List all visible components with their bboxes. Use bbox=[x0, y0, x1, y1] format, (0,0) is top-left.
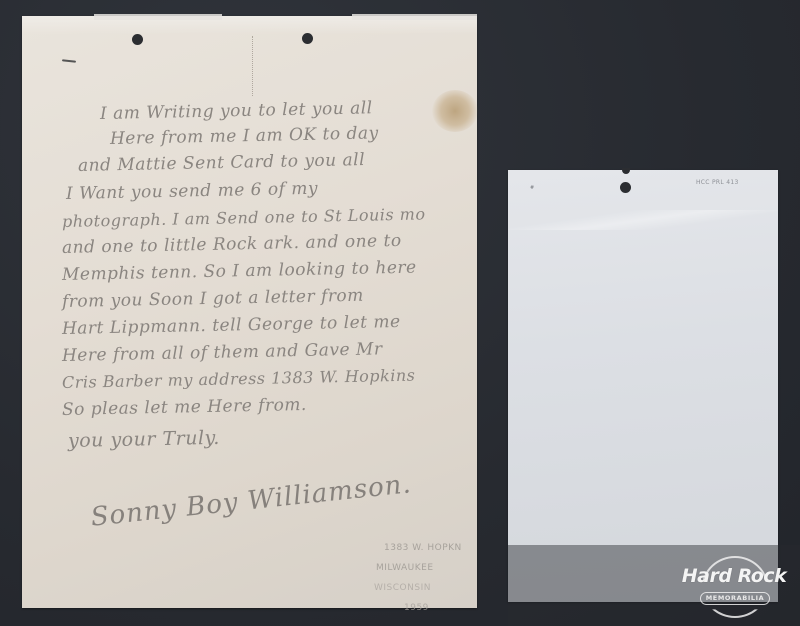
letter-line: Here from me I am OK to day bbox=[110, 123, 379, 149]
letter-line: and Mattie Sent Card to you all bbox=[78, 150, 365, 176]
tissue-sheet: # HCC PRL 413 bbox=[508, 170, 778, 602]
annotation-line: 1383 W. HOPKN bbox=[384, 538, 462, 558]
tape-strip bbox=[352, 14, 477, 20]
annotation-line: 1959 bbox=[404, 598, 462, 618]
letter-line: and one to little Rock ark. and one to bbox=[62, 231, 402, 258]
signature: Sonny Boy Williamson. bbox=[89, 469, 413, 533]
letter-line: Cris Barber my address 1383 W. Hopkins bbox=[62, 366, 416, 392]
reference-number: HCC PRL 413 bbox=[696, 179, 739, 186]
stain bbox=[432, 90, 478, 132]
letter-line: I am Writing you to let you all bbox=[100, 98, 373, 124]
letter-line: from you Soon I got a letter from bbox=[62, 286, 364, 312]
tape-strip bbox=[94, 14, 222, 20]
corner-mark: # bbox=[530, 185, 534, 191]
letter-line: So pleas let me Here from. bbox=[62, 395, 307, 420]
pencil-annotation: 1383 W. HOPKN MILWAUKEE WISCONSIN 1959 bbox=[384, 538, 462, 618]
letter-line: you your Truly. bbox=[68, 427, 220, 452]
letter-line: photograph. I am Send one to St Louis mo bbox=[62, 204, 426, 231]
hard-rock-logo: Hard Rock MEMORABILIA bbox=[676, 556, 792, 618]
logo-subtitle: MEMORABILIA bbox=[700, 592, 770, 605]
pencil-mark bbox=[62, 59, 76, 62]
letter-line: Memphis tenn. So I am looking to here bbox=[62, 258, 417, 285]
logo-brand: Hard Rock bbox=[678, 565, 790, 587]
handwritten-letter: I am Writing you to let you all Here fro… bbox=[22, 16, 477, 608]
punch-hole bbox=[132, 34, 143, 45]
punch-hole bbox=[302, 33, 313, 44]
annotation-line: MILWAUKEE bbox=[376, 558, 462, 578]
annotation-line: WISCONSIN bbox=[374, 578, 462, 598]
punch-hole bbox=[620, 182, 631, 193]
sheet-notch bbox=[622, 168, 630, 174]
letter-line: Hart Lippmann. tell George to let me bbox=[62, 312, 401, 339]
letter-line: I Want you send me 6 of my bbox=[66, 179, 318, 204]
fold-mark bbox=[252, 36, 254, 96]
letter-line: Here from all of them and Gave Mr bbox=[62, 339, 383, 366]
